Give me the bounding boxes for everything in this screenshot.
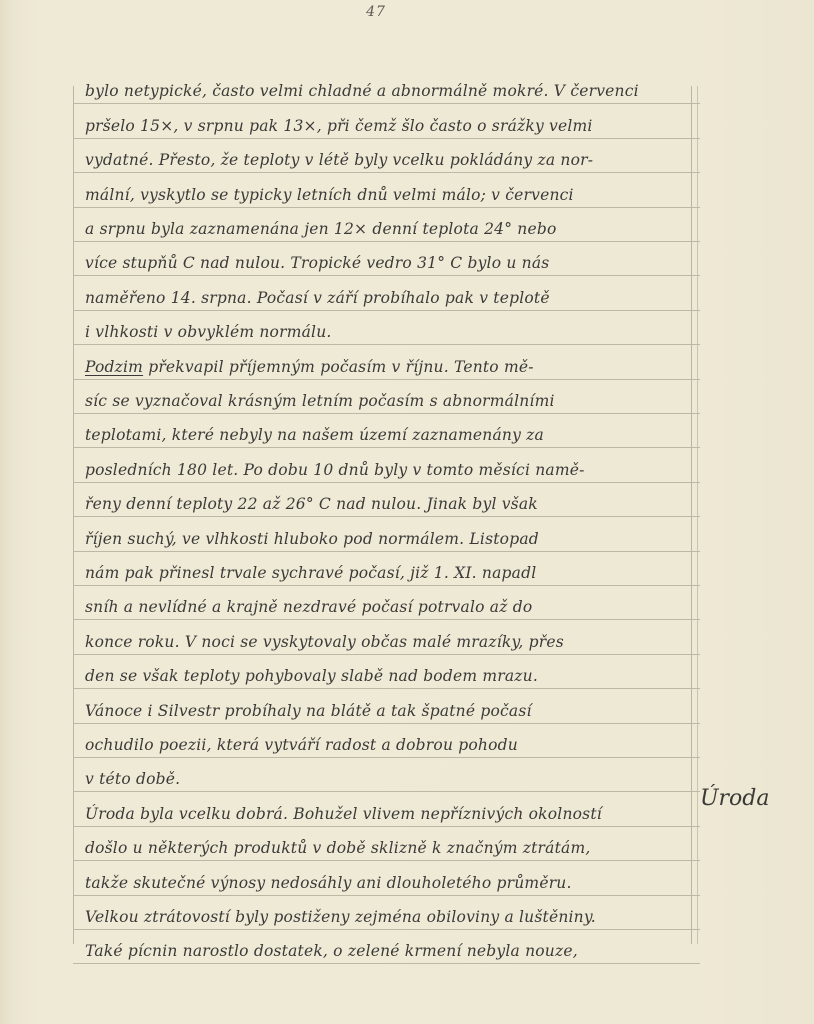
text-line-content: v této době. bbox=[85, 770, 696, 788]
text-line: teplotami, které nebyly na našem území z… bbox=[73, 414, 700, 448]
text-line: Úroda byla vcelku dobrá. Bohužel vlivem … bbox=[73, 792, 700, 826]
text-line-content: a srpnu byla zaznamenána jen 12× denní t… bbox=[85, 220, 696, 238]
text-line-content: teplotami, které nebyly na našem území z… bbox=[85, 426, 696, 444]
text-line: naměřeno 14. srpna. Počasí v září probíh… bbox=[73, 276, 700, 310]
text-line-content: Také pícnin narostlo dostatek, o zelené … bbox=[85, 942, 696, 960]
text-line-content: mální, vyskytlo se typicky letních dnů v… bbox=[85, 186, 696, 204]
text-line-content: i vlhkosti v obvyklém normálu. bbox=[85, 323, 696, 341]
text-line-content: Velkou ztrátovostí byly postiženy zejmén… bbox=[85, 908, 696, 926]
text-line: Také pícnin narostlo dostatek, o zelené … bbox=[73, 930, 700, 964]
text-line: síc se vyznačoval krásným letním počasím… bbox=[73, 380, 700, 414]
chronicle-page: 47 bylo netypické, často velmi chladné a… bbox=[0, 0, 814, 1024]
text-line-content: takže skutečné výnosy nedosáhly ani dlou… bbox=[85, 874, 696, 892]
text-line: bylo netypické, často velmi chladné a ab… bbox=[73, 70, 700, 104]
text-line-content: konce roku. V noci se vyskytovaly občas … bbox=[85, 633, 696, 651]
text-line: pršelo 15×, v srpnu pak 13×, při čemž šl… bbox=[73, 104, 700, 138]
text-line-content: posledních 180 let. Po dobu 10 dnů byly … bbox=[85, 461, 696, 479]
text-line-content: pršelo 15×, v srpnu pak 13×, při čemž šl… bbox=[85, 117, 696, 135]
text-line: řeny denní teploty 22 až 26° C nad nulou… bbox=[73, 483, 700, 517]
text-line: došlo u některých produktů v době sklizn… bbox=[73, 827, 700, 861]
page-number: 47 bbox=[356, 4, 396, 20]
text-line: Vánoce i Silvestr probíhaly na blátě a t… bbox=[73, 689, 700, 723]
text-line: den se však teploty pohybovaly slabě nad… bbox=[73, 655, 700, 689]
text-line: takže skutečné výnosy nedosáhly ani dlou… bbox=[73, 861, 700, 895]
text-line-content: bylo netypické, často velmi chladné a ab… bbox=[85, 82, 696, 100]
text-line: Podzim překvapil příjemným počasím v říj… bbox=[73, 345, 700, 379]
text-line-content: nám pak přinesl trvale sychravé počasí, … bbox=[85, 564, 696, 582]
text-line: a srpnu byla zaznamenána jen 12× denní t… bbox=[73, 208, 700, 242]
text-line: říjen suchý, ve vlhkosti hluboko pod nor… bbox=[73, 517, 700, 551]
text-line: konce roku. V noci se vyskytovaly občas … bbox=[73, 620, 700, 654]
text-line-content: ochudilo poezii, která vytváří radost a … bbox=[85, 736, 696, 754]
text-line: sníh a nevlídné a krajně nezdravé počasí… bbox=[73, 586, 700, 620]
text-line: Velkou ztrátovostí byly postiženy zejmén… bbox=[73, 896, 700, 930]
text-line: vydatné. Přesto, že teploty v létě byly … bbox=[73, 139, 700, 173]
text-line: ochudilo poezii, která vytváří radost a … bbox=[73, 724, 700, 758]
text-line-content: Úroda byla vcelku dobrá. Bohužel vlivem … bbox=[85, 805, 696, 823]
text-line-content: říjen suchý, ve vlhkosti hluboko pod nor… bbox=[85, 530, 696, 548]
text-line-content: naměřeno 14. srpna. Počasí v září probíh… bbox=[85, 289, 696, 307]
text-line-content: den se však teploty pohybovaly slabě nad… bbox=[85, 667, 696, 685]
text-line: v této době. bbox=[73, 758, 700, 792]
text-line-content: vydatné. Přesto, že teploty v létě byly … bbox=[85, 151, 696, 169]
section-heading-podzim: Podzim bbox=[85, 358, 143, 376]
text-line-content: došlo u některých produktů v době sklizn… bbox=[85, 839, 696, 857]
text-line: nám pak přinesl trvale sychravé počasí, … bbox=[73, 552, 700, 586]
text-line: posledních 180 let. Po dobu 10 dnů byly … bbox=[73, 448, 700, 482]
text-line-content: Podzim překvapil příjemným počasím v říj… bbox=[85, 358, 696, 376]
text-line: více stupňů C nad nulou. Tropické vedro … bbox=[73, 242, 700, 276]
text-line-content: sníh a nevlídné a krajně nezdravé počasí… bbox=[85, 598, 696, 616]
text-line: mální, vyskytlo se typicky letních dnů v… bbox=[73, 173, 700, 207]
text-line-content: více stupňů C nad nulou. Tropické vedro … bbox=[85, 254, 696, 272]
text-line: i vlhkosti v obvyklém normálu. bbox=[73, 311, 700, 345]
text-line-content: Vánoce i Silvestr probíhaly na blátě a t… bbox=[85, 702, 696, 720]
text-line-content: řeny denní teploty 22 až 26° C nad nulou… bbox=[85, 495, 696, 513]
margin-note-uroda: Úroda bbox=[700, 786, 770, 811]
text-line-content: síc se vyznačoval krásným letním počasím… bbox=[85, 392, 696, 410]
